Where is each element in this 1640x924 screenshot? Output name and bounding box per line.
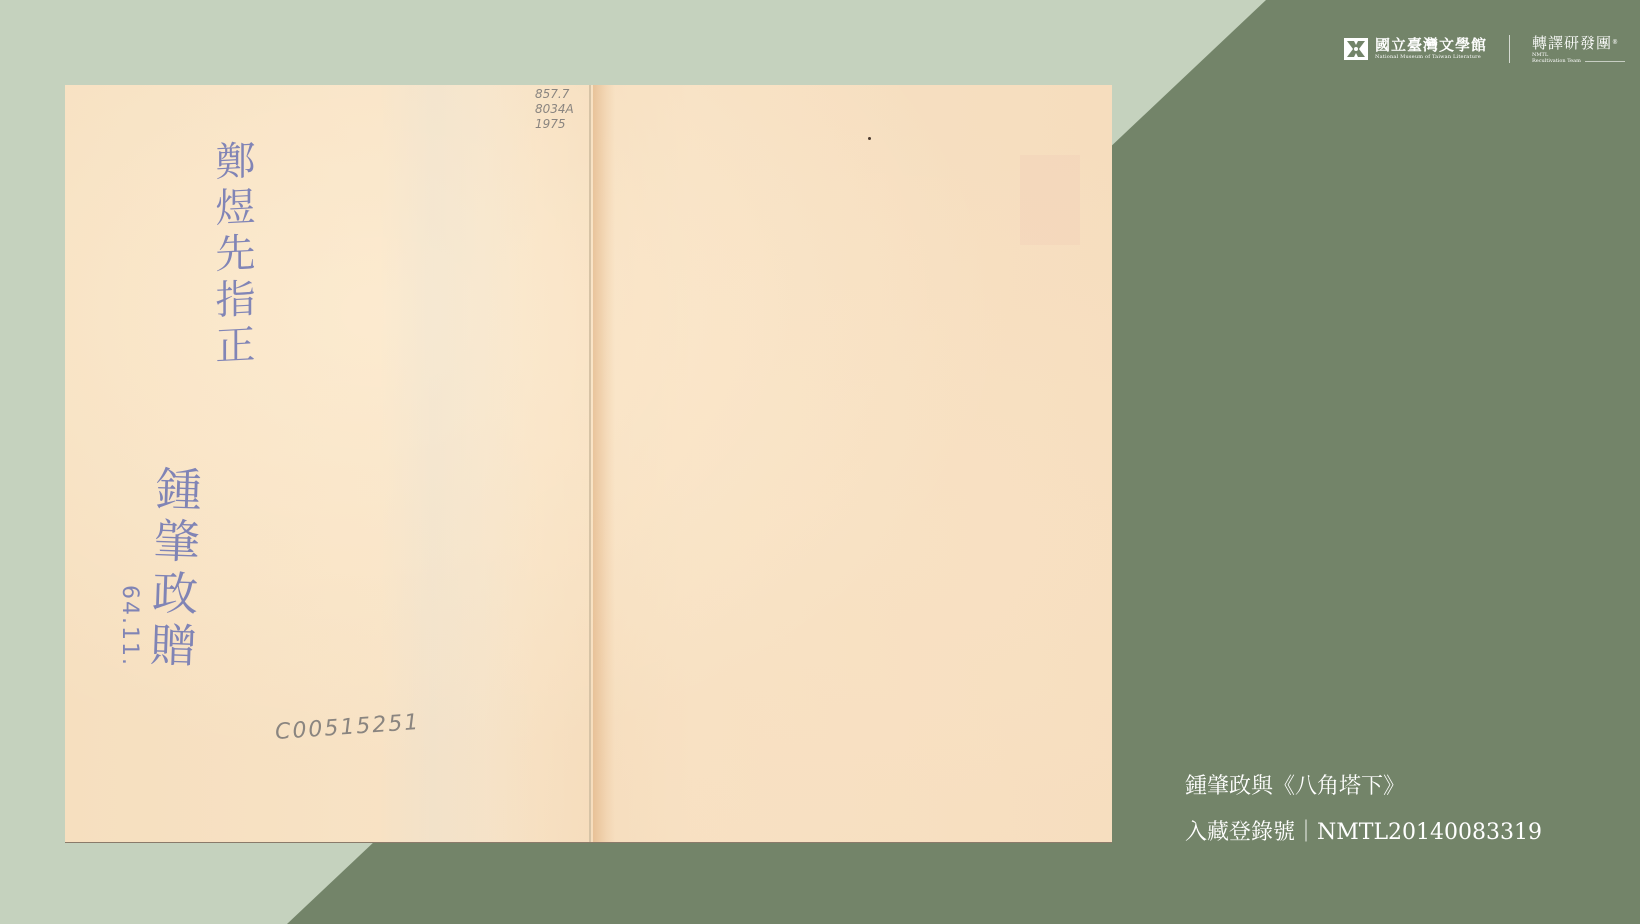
logo-divider [1509, 35, 1510, 63]
handwritten-date: 64.11. [117, 585, 142, 667]
handwritten-dedication: 鄭煜先指正 [208, 139, 256, 372]
call-number-line-3: 1975 [535, 117, 595, 132]
book-fold-line [589, 85, 591, 842]
ink-dot [868, 137, 871, 140]
registered-mark: ® [1612, 39, 1619, 46]
nmtl-logo-icon [1344, 37, 1368, 61]
pencil-call-number: 857.7 8034A 1975 [535, 87, 595, 132]
museum-name: 國立臺灣文學館 National Museum of Taiwan Litera… [1375, 37, 1487, 61]
team-name-cn-wrap: 轉譯研發團® [1532, 34, 1625, 52]
team-name-en-line2-wrap: Recultivation Team [1532, 58, 1625, 64]
call-number-line-2: 8034A [535, 102, 595, 117]
fold-stain [593, 85, 615, 842]
team-name-cn: 轉譯研發團 [1532, 34, 1612, 52]
caption-accession-number: 入藏登錄號｜NMTL20140083319 [1185, 810, 1542, 856]
handwritten-signature: 鍾肇政贈 [141, 464, 204, 674]
faint-stamp-mark [1020, 155, 1080, 245]
museum-name-en: National Museum of Taiwan Literature [1375, 54, 1487, 61]
museum-name-cn: 國立臺灣文學館 [1375, 37, 1487, 54]
call-number-line-1: 857.7 [535, 87, 595, 102]
book-spread-image: 857.7 8034A 1975 鄭煜先指正 鍾肇政贈 64.11. C0051… [65, 85, 1112, 842]
team-name-en-line2: Recultivation Team [1532, 58, 1581, 64]
team-name: 轉譯研發團® NMTL Recultivation Team [1532, 34, 1625, 64]
team-underline [1585, 61, 1625, 62]
caption-title: 鍾肇政與《八角塔下》 [1185, 764, 1542, 810]
header-logo: 國立臺灣文學館 National Museum of Taiwan Litera… [1344, 30, 1625, 68]
caption: 鍾肇政與《八角塔下》 入藏登錄號｜NMTL20140083319 [1185, 764, 1542, 856]
